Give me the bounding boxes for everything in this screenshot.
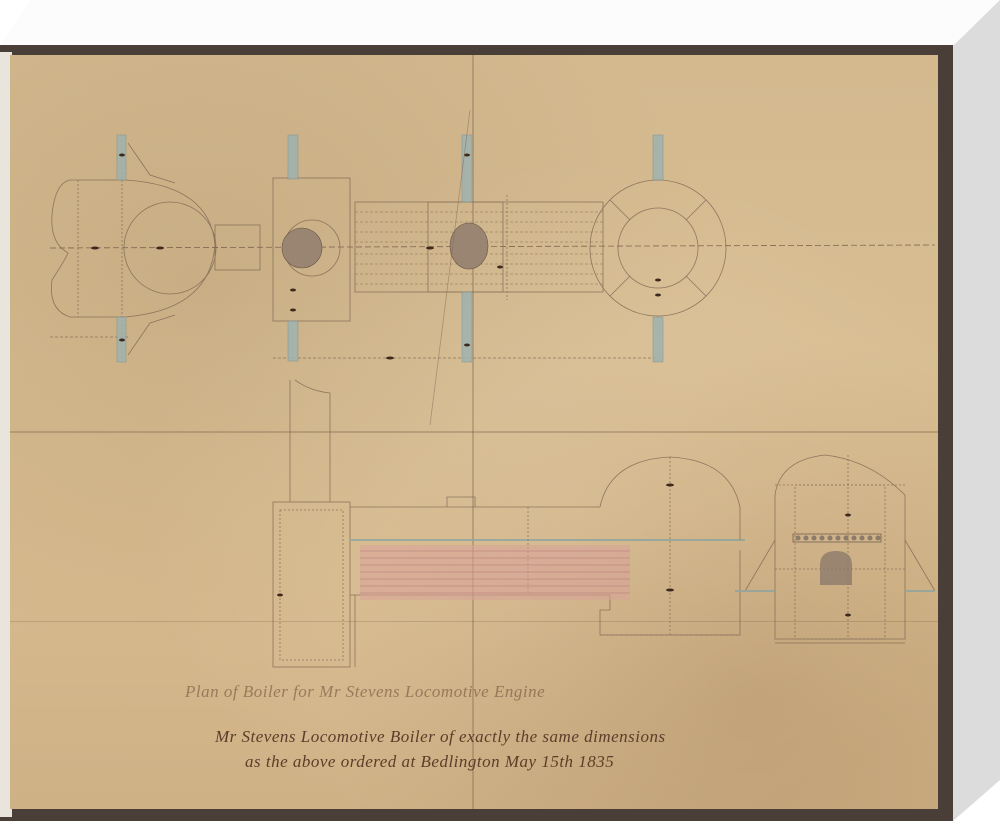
firedoor (793, 534, 881, 585)
end-elevation (735, 455, 935, 643)
frame-top-edge (0, 0, 1000, 46)
filled-openings (282, 223, 488, 269)
tube-bank (360, 545, 630, 600)
drawing-title: Plan of Boiler for Mr Stevens Locomotive… (185, 682, 545, 702)
caption-line-2: as the above ordered at Bedlington May 1… (245, 752, 614, 772)
caption-line-1: Mr Stevens Locomotive Boiler of exactly … (215, 727, 666, 747)
plan-view (50, 140, 935, 360)
drawing-paper: Plan of Boiler for Mr Stevens Locomotive… (10, 55, 938, 809)
stays (117, 135, 663, 362)
side-elevation (273, 380, 745, 667)
frame-side-edge (953, 0, 1000, 821)
